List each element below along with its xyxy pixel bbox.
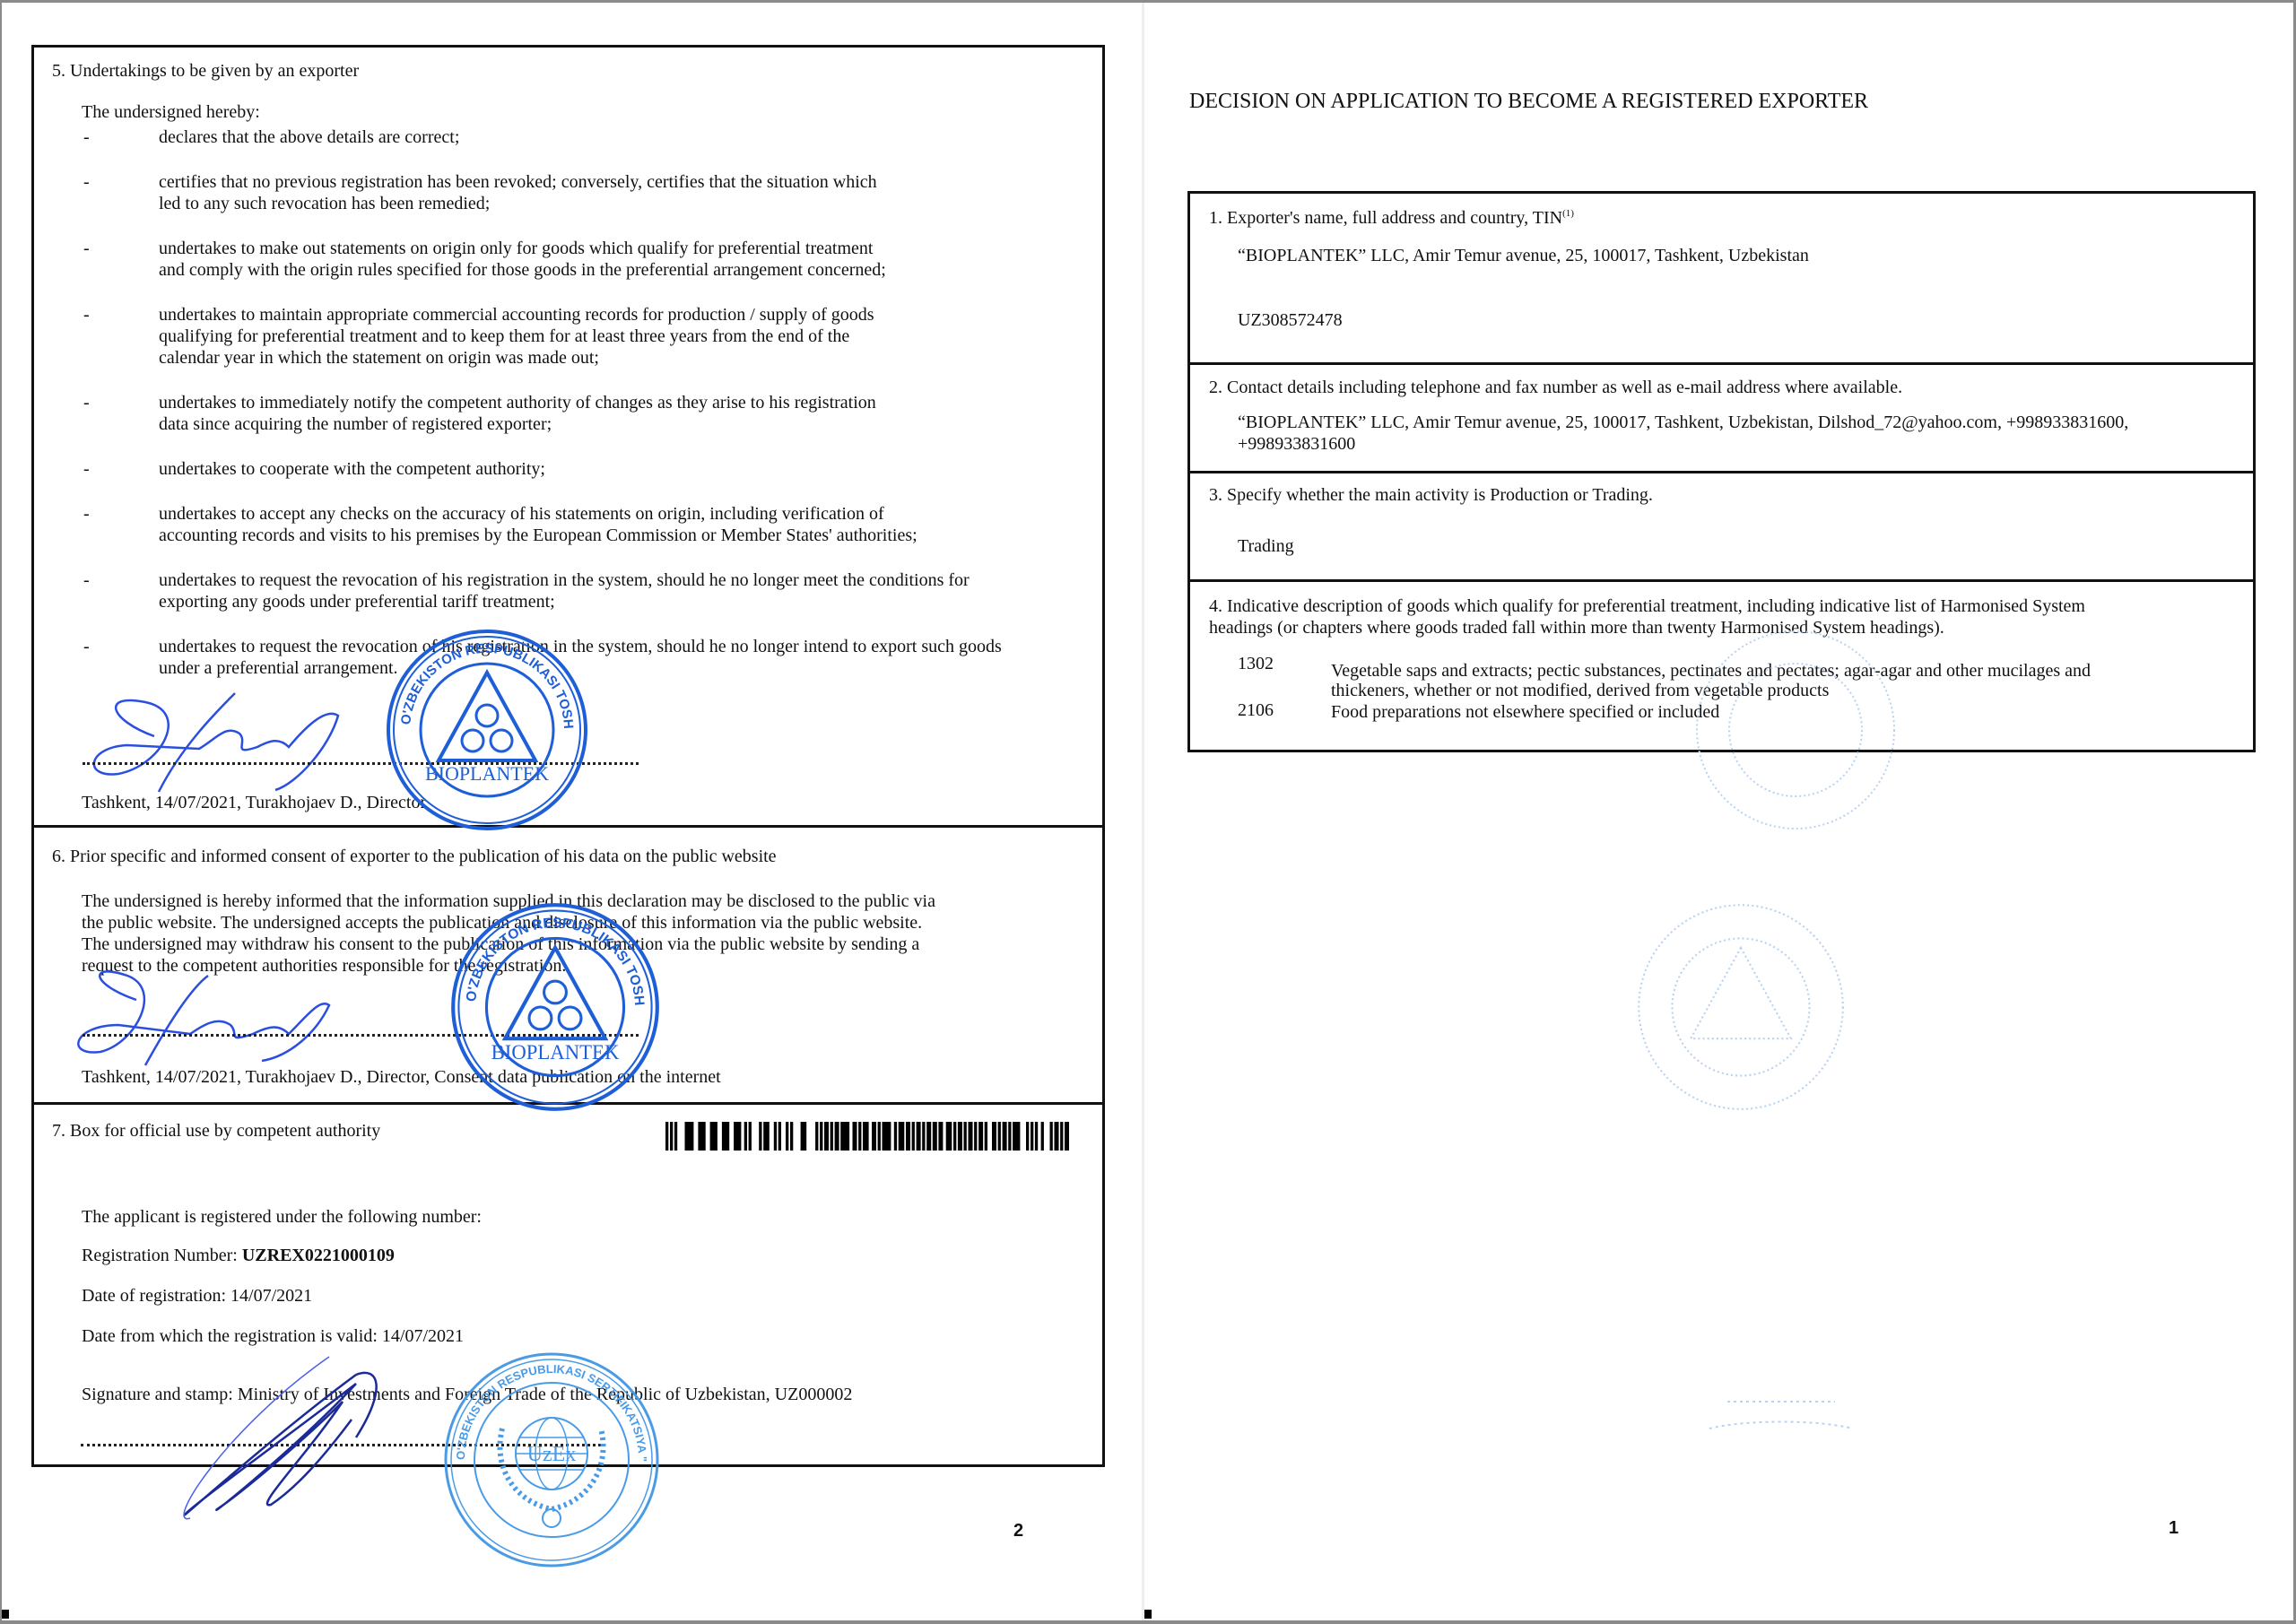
- page-number-1: 1: [2169, 1518, 2179, 1539]
- divider-section-2: [1187, 362, 2256, 365]
- page-2: 5. Undertakings to be given by an export…: [2, 3, 1142, 1620]
- section-3-heading: 3. Specify whether the main activity is …: [1209, 484, 1653, 506]
- hs-desc-2106: Food preparations not elsewhere specifie…: [1331, 701, 1719, 723]
- hs-code-2106: 2106: [1238, 699, 1274, 721]
- exporter-tin: UZ308572478: [1238, 309, 1343, 331]
- section-1-heading: 1. Exporter's name, full address and cou…: [1209, 207, 1574, 229]
- exporter-address: “BIOPLANTEK” LLC, Amir Temur avenue, 25,…: [1238, 245, 1809, 266]
- contact-details-line-1: “BIOPLANTEK” LLC, Amir Temur avenue, 25,…: [1238, 412, 2128, 433]
- section-4-heading-line-1: 4. Indicative description of goods which…: [1209, 595, 2085, 617]
- scan-frame: 5. Undertakings to be given by an export…: [2, 3, 2293, 1620]
- divider-section-3: [1187, 471, 2256, 473]
- ghost-stamp-3: [1692, 1375, 1871, 1446]
- page-1: DECISION ON APPLICATION TO BECOME A REGI…: [1144, 3, 2293, 1620]
- ghost-stamp-1: [1692, 626, 1900, 834]
- divider-section-4: [1187, 579, 2256, 582]
- decision-title: DECISION ON APPLICATION TO BECOME A REGI…: [1189, 89, 1868, 114]
- scan-corner-mark-right: [1144, 1610, 1152, 1619]
- hs-code-1302: 1302: [1238, 653, 1274, 674]
- contact-details-line-2: +998933831600: [1238, 433, 1355, 455]
- page-number-2: 2: [1013, 1521, 1023, 1541]
- section-2-heading: 2. Contact details including telephone a…: [1209, 377, 1902, 398]
- section-1-heading-text: 1. Exporter's name, full address and cou…: [1209, 208, 1562, 228]
- main-activity-value: Trading: [1238, 535, 1294, 557]
- signature-authority: [2, 3, 1142, 1620]
- footnote-ref: (1): [1562, 208, 1574, 219]
- scan-corner-mark-left: [2, 1610, 9, 1619]
- ghost-stamp-2: [1633, 899, 1848, 1115]
